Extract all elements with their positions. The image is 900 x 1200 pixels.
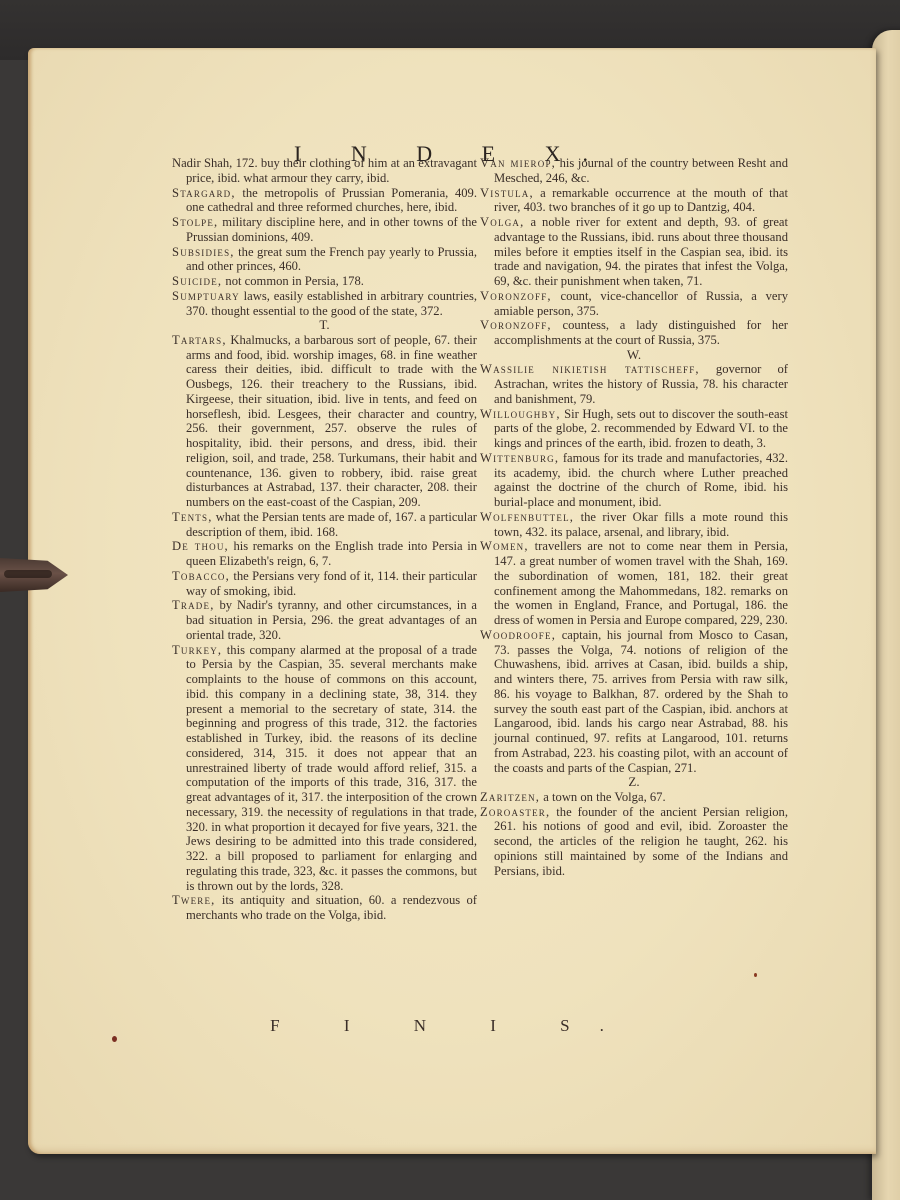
entry-heading: Trade, — [172, 598, 215, 612]
right-column: Van mierop, his journal of the country b… — [480, 156, 788, 878]
index-entry: Voronzoff, countess, a lady distinguishe… — [480, 318, 788, 348]
book-page: I N D E X. Nadir Shah, 172. buy their cl… — [28, 48, 876, 1154]
index-entry: Turkey, this company alarmed at the prop… — [172, 643, 477, 894]
entry-heading: De thou, — [172, 539, 229, 553]
entry-text: this company alarmed at the proposal of … — [186, 643, 477, 893]
entry-text: Khalmucks, a barbarous sort of people, 6… — [186, 333, 477, 509]
index-entry: Wassilie nikietish tattischeff, governor… — [480, 362, 788, 406]
index-entry: De thou, his remarks on the English trad… — [172, 539, 477, 569]
entry-text: its antiquity and situation, 60. a rende… — [186, 893, 477, 922]
index-entry: Woodroofe, captain, his journal from Mos… — [480, 628, 788, 776]
entry-heading: Voronzoff, — [480, 289, 552, 303]
left-column: Nadir Shah, 172. buy their clothing of h… — [172, 156, 477, 923]
section-letter-w: W. — [480, 348, 788, 363]
entry-heading: Tartars, — [172, 333, 227, 347]
entry-heading: Twere, — [172, 893, 216, 907]
index-entry: Tents, what the Persian tents are made o… — [172, 510, 477, 540]
index-entry: Van mierop, his journal of the country b… — [480, 156, 788, 186]
entry-heading: Stolpe, — [172, 215, 218, 229]
entry-heading: Wassilie nikietish tattischeff, — [480, 362, 700, 376]
index-entry: Zoroaster, the founder of the ancient Pe… — [480, 805, 788, 879]
entry-heading: Vistula, — [480, 186, 534, 200]
index-entry: Suicide, not common in Persia, 178. — [172, 274, 477, 289]
entry-heading: Voronzoff, — [480, 318, 552, 332]
index-entry-continuation: Nadir Shah, 172. buy their clothing of h… — [172, 156, 477, 186]
entry-heading: Tobacco, — [172, 569, 230, 583]
entry-heading: Volga, — [480, 215, 524, 229]
index-entry: Volga, a noble river for extent and dept… — [480, 215, 788, 289]
index-entry: Women, travellers are not to come near t… — [480, 539, 788, 628]
index-entry: Stolpe, military discipline here, and in… — [172, 215, 477, 245]
entry-heading: Willoughby, — [480, 407, 561, 421]
entry-text: travellers are not to come near them in … — [494, 539, 788, 627]
index-entry: Wolfenbuttel, the river Okar fills a mot… — [480, 510, 788, 540]
index-entry: Wittenburg, famous for its trade and man… — [480, 451, 788, 510]
entry-heading: Turkey, — [172, 643, 222, 657]
entry-text: a town on the Volga, 67. — [540, 790, 665, 804]
section-letter-t: T. — [172, 318, 477, 333]
entry-heading: Wolfenbuttel, — [480, 510, 574, 524]
index-entry: Zaritzen, a town on the Volga, 67. — [480, 790, 788, 805]
entry-text: not common in Persia, 178. — [222, 274, 364, 288]
index-entry: Subsidies, the great sum the French pay … — [172, 245, 477, 275]
entry-heading: Stargard, — [172, 186, 236, 200]
entry-heading: Zoroaster, — [480, 805, 550, 819]
entry-heading: Tents, — [172, 510, 213, 524]
entry-heading: Van mierop, — [480, 156, 556, 170]
finis-footer: F I N I S. — [28, 1016, 876, 1036]
entry-text: captain, his journal from Mosco to Casan… — [494, 628, 788, 775]
ink-spot — [112, 1036, 117, 1042]
index-entry: Twere, its antiquity and situation, 60. … — [172, 893, 477, 923]
entry-heading: Zaritzen, — [480, 790, 540, 804]
index-entry: Vistula, a remarkable occurrence at the … — [480, 186, 788, 216]
entry-text: military discipline here, and in other t… — [186, 215, 477, 244]
entry-text: what the Persian tents are made of, 167.… — [186, 510, 477, 539]
ink-spot — [754, 973, 757, 977]
entry-text: a remarkable occurrence at the mouth of … — [494, 186, 788, 215]
section-letter-z: Z. — [480, 775, 788, 790]
entry-heading: Subsidies, — [172, 245, 235, 259]
index-entry: Trade, by Nadir's tyranny, and other cir… — [172, 598, 477, 642]
entry-heading: Sumptuary — [172, 289, 240, 303]
index-entry: Willoughby, Sir Hugh, sets out to discov… — [480, 407, 788, 451]
index-entry: Voronzoff, count, vice-chancellor of Rus… — [480, 289, 788, 319]
entry-heading: Women, — [480, 539, 529, 553]
entry-text: a noble river for extent and depth, 93. … — [494, 215, 788, 288]
entry-text: his remarks on the English trade into Pe… — [186, 539, 477, 568]
entry-heading: Woodroofe, — [480, 628, 556, 642]
entry-heading: Wittenburg, — [480, 451, 559, 465]
entry-text: the Persians very fond of it, 114. their… — [186, 569, 477, 598]
entry-heading: Suicide, — [172, 274, 222, 288]
index-entry: Tartars, Khalmucks, a barbarous sort of … — [172, 333, 477, 510]
next-page-edge — [872, 30, 900, 1200]
index-entry: Sumptuary laws, easily established in ar… — [172, 289, 477, 319]
index-entry: Stargard, the metropolis of Prussian Pom… — [172, 186, 477, 216]
index-entry: Tobacco, the Persians very fond of it, 1… — [172, 569, 477, 599]
entry-text: by Nadir's tyranny, and other circumstan… — [186, 598, 477, 642]
